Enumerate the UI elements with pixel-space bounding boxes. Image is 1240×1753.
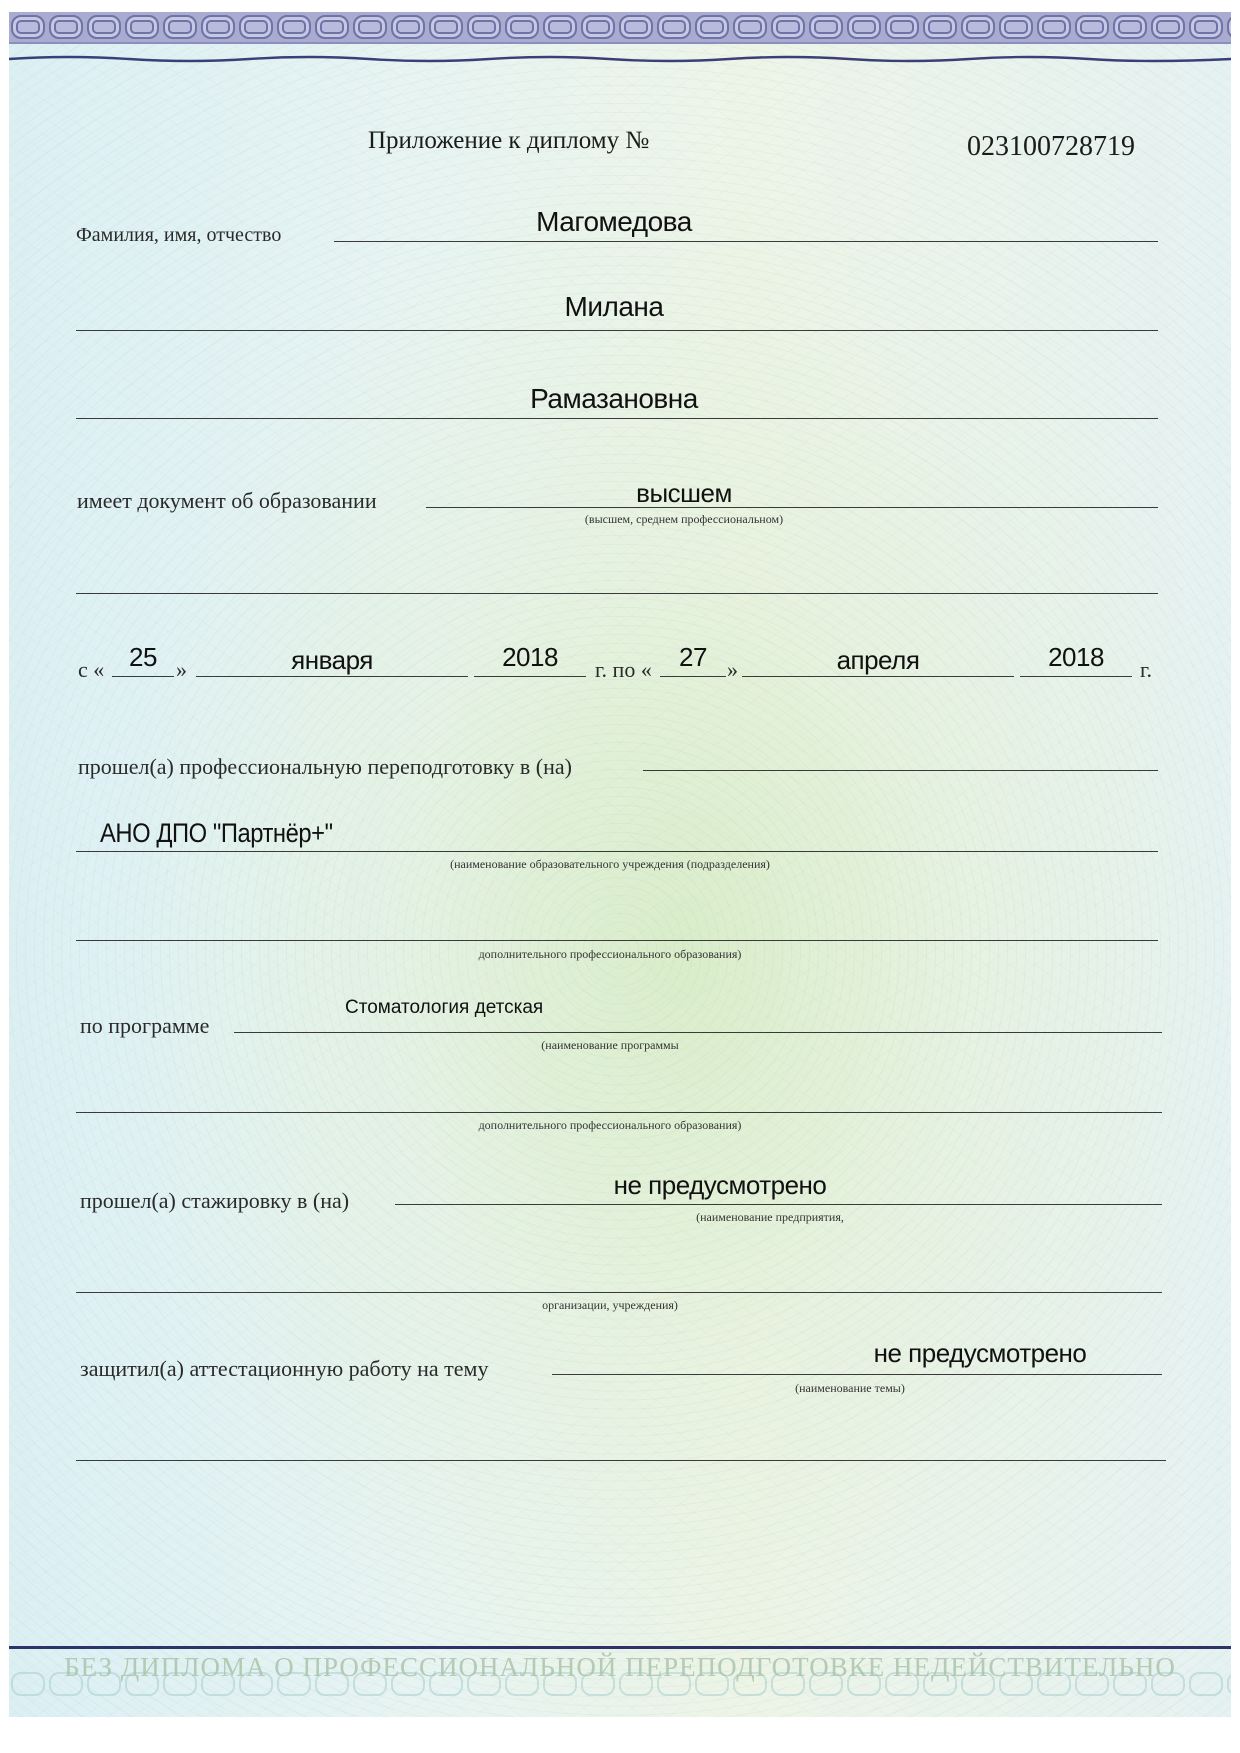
program-label: по программе <box>80 1013 209 1039</box>
quote-close-2: » <box>727 657 738 683</box>
fio-line-3 <box>76 418 1158 419</box>
retraining-label: прошел(а) профессиональную переподготовк… <box>78 754 572 780</box>
ornament-ring <box>1037 15 1071 39</box>
to-year-line <box>1020 676 1132 677</box>
internship-hint-2: организации, учреждения) <box>460 1298 760 1313</box>
thesis-hint: (наименование темы) <box>740 1381 960 1396</box>
ornament-ring <box>49 15 83 39</box>
thesis-label: защитил(а) аттестационную работу на тему <box>80 1356 488 1382</box>
from-month-value: января <box>196 645 468 676</box>
diploma-number: 023100728719 <box>967 131 1135 163</box>
education-line-2 <box>76 593 1158 594</box>
document-title: Приложение к диплому № <box>368 127 649 155</box>
retraining-line <box>643 770 1158 771</box>
ornament-ring <box>391 15 425 39</box>
thesis-value: не предусмотрено <box>820 1338 1140 1369</box>
internship-value: не предусмотрено <box>540 1170 900 1201</box>
validity-banner: БЕЗ ДИПЛОМА О ПРОФЕССИОНАЛЬНОЙ ПЕРЕПОДГО… <box>9 1652 1231 1683</box>
ornament-ring <box>239 15 273 39</box>
ornament-ring <box>657 15 691 39</box>
ornament-ring <box>1151 15 1185 39</box>
ornament-ring <box>315 15 349 39</box>
ornament-ring <box>809 15 843 39</box>
education-label: имеет документ об образовании <box>77 488 377 514</box>
ornament-ring <box>961 15 995 39</box>
program-hint-2: дополнительного профессионального образо… <box>380 1118 840 1133</box>
thesis-line <box>552 1374 1162 1375</box>
internship-line <box>395 1204 1162 1205</box>
ornament-ring <box>277 15 311 39</box>
to-month-value: апреля <box>742 645 1014 676</box>
ornament-ring <box>429 15 463 39</box>
ornament-ring <box>619 15 653 39</box>
retraining-hint-1: (наименование образовательного учреждени… <box>380 857 840 872</box>
period-mid-text: г. по « <box>595 657 652 683</box>
ornament-ring <box>1189 15 1223 39</box>
from-day-value: 25 <box>112 642 174 673</box>
ornament-ring <box>733 15 767 39</box>
retraining-line-2 <box>76 851 1158 852</box>
fio-line-2 <box>76 330 1158 331</box>
ornament-ring <box>885 15 919 39</box>
to-day-line <box>660 676 726 677</box>
retraining-line-3 <box>76 940 1158 941</box>
from-year-line <box>474 676 586 677</box>
fio-label: Фамилия, имя, отчество <box>76 224 281 247</box>
internship-hint-1: (наименование предприятия, <box>620 1210 920 1225</box>
top-wave-line <box>9 55 1231 63</box>
ornament-ring <box>543 15 577 39</box>
ornament-ring <box>999 15 1033 39</box>
program-line-2 <box>76 1112 1162 1113</box>
from-year-value: 2018 <box>474 642 586 673</box>
ornament-ring <box>163 15 197 39</box>
ornament-ring <box>1113 15 1147 39</box>
ornament-ring <box>467 15 501 39</box>
ornament-ring <box>1075 15 1109 39</box>
education-hint: (высшем, среднем профессиональном) <box>534 512 834 527</box>
ornament-ring <box>11 15 45 39</box>
education-value: высшем <box>534 478 834 509</box>
ornament-ring <box>847 15 881 39</box>
program-value: Стоматология детская <box>345 997 543 1019</box>
retraining-hint-2: дополнительного профессионального образо… <box>380 947 840 962</box>
from-month-line <box>196 676 468 677</box>
ornament-ring <box>695 15 729 39</box>
patronymic-value: Рамазановна <box>334 383 894 415</box>
last-name-value: Магомедова <box>334 206 894 238</box>
ornament-ring <box>581 15 615 39</box>
ornament-ring <box>353 15 387 39</box>
quote-close-1: » <box>176 657 187 683</box>
retraining-value: АНО ДПО "Партнёр+" <box>100 818 333 849</box>
ornament-ring <box>771 15 805 39</box>
internship-label: прошел(а) стажировку в (на) <box>80 1188 349 1214</box>
program-line <box>234 1032 1162 1033</box>
top-ornament-band <box>9 12 1231 44</box>
program-hint-1: (наименование программы <box>420 1038 800 1053</box>
first-name-value: Милана <box>334 291 894 323</box>
fio-line-1 <box>334 241 1158 242</box>
ornament-ring <box>505 15 539 39</box>
internship-line-2 <box>76 1292 1162 1293</box>
ornament-ring <box>1227 15 1231 39</box>
period-from-prefix: с « <box>78 657 104 683</box>
to-month-line <box>742 676 1014 677</box>
ornament-ring <box>201 15 235 39</box>
ornament-ring <box>87 15 121 39</box>
to-day-value: 27 <box>660 642 726 673</box>
bottom-rule <box>9 1646 1231 1649</box>
to-year-value: 2018 <box>1020 642 1132 673</box>
from-day-line <box>112 676 174 677</box>
period-suffix: г. <box>1140 657 1152 683</box>
ornament-ring <box>923 15 957 39</box>
thesis-line-2 <box>76 1460 1166 1461</box>
ornament-ring <box>125 15 159 39</box>
